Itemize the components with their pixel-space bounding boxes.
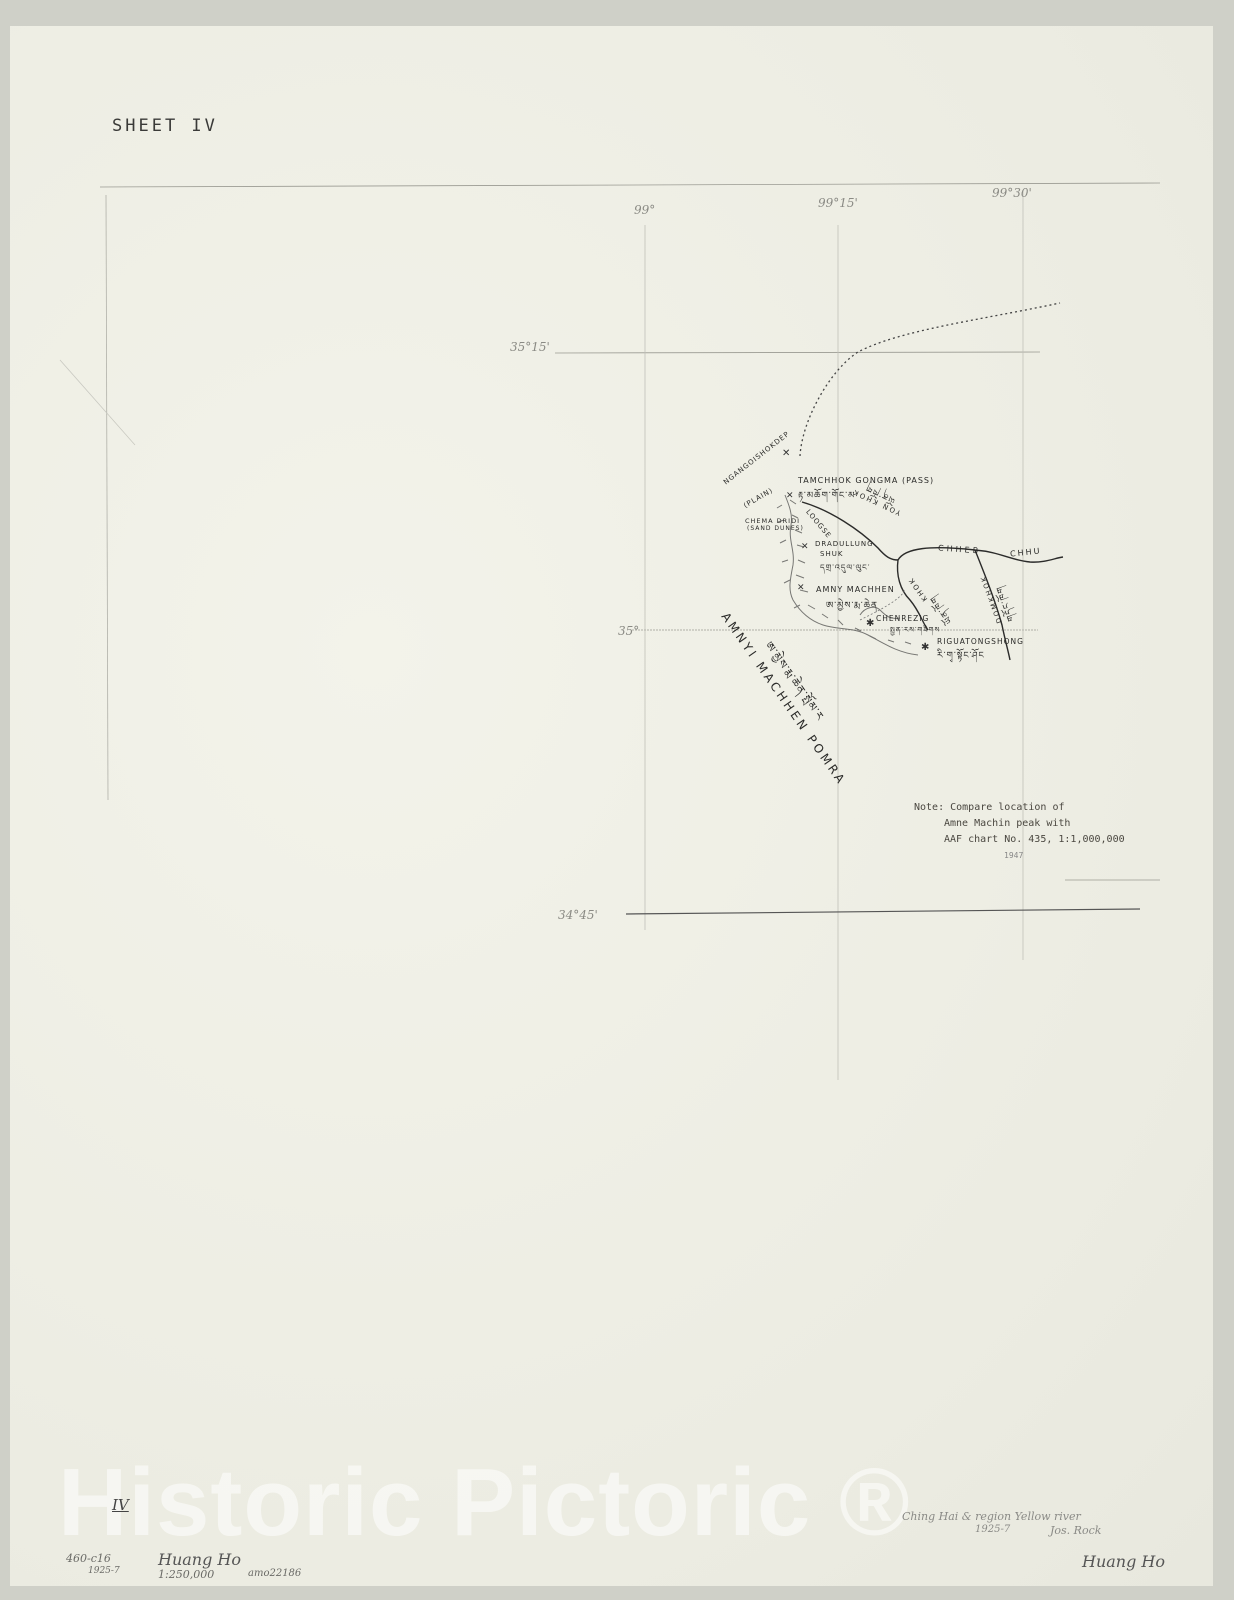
svg-text:✕: ✕ [782, 448, 790, 459]
label-chenrezig-tibetan: སྤྱན་རས་གཟིགས [890, 623, 940, 642]
lon-label-99-15: 99°15' [818, 196, 858, 210]
lon-label-99: 99° [634, 203, 655, 217]
right-note-region: Ching Hai & region Yellow river [902, 1510, 1081, 1523]
svg-text:✕: ✕ [786, 490, 794, 500]
svg-text:✱: ✱ [921, 642, 929, 653]
note-line-2: Amne Machin peak with [914, 816, 1125, 832]
lat-label-35: 35° [618, 624, 639, 638]
label-shuk: SHUK [820, 550, 843, 558]
catalog-number: 460-c16 [66, 1552, 111, 1565]
lat-label-35-15: 35°15' [510, 340, 550, 354]
right-note-date: 1925-7 [975, 1524, 1010, 1535]
label-riguatongshong: RIGUATONGSHONG [937, 637, 1024, 646]
label-tamchhok-tibetan: རྟ་མཆོག་གོང་མ [798, 486, 855, 511]
label-amny-machhen: AMNY MACHHEN [816, 585, 895, 594]
label-dradullung-tibetan: དགྲ་འདུལ་ལུང་ [820, 558, 870, 581]
label-chema-dridi: CHEMA DRIDI [745, 517, 800, 525]
note-line-4: 1947 [914, 848, 1125, 864]
note-line-1: Note: Compare location of [914, 800, 1125, 816]
label-dradullung: DRADULLUNG [815, 540, 874, 548]
label-chenrezig: CHENREZIG [876, 614, 929, 623]
label-sand-dunes: (SAND DUNES) [747, 525, 804, 532]
latitude-34-45-line [626, 909, 1140, 914]
svg-text:✕: ✕ [801, 541, 809, 551]
footer-roman-numeral: IV [112, 1496, 129, 1514]
scale-note: 1:250,000 [158, 1568, 214, 1581]
label-amny-machhen-tibetan: ཨ་མྱེས་རྨ་ཆེན [826, 596, 878, 621]
svg-text:✕: ✕ [797, 582, 805, 592]
lat-label-34-45: 34°45' [558, 908, 598, 922]
label-tamchhok-gongma: TAMCHHOK GONGMA (PASS) [798, 476, 934, 485]
map-note: Note: Compare location of Amne Machin pe… [914, 800, 1125, 864]
catalog-date: 1925-7 [88, 1566, 120, 1576]
lon-label-99-30: 99°30' [992, 186, 1032, 200]
note-line-3: AAF chart No. 435, 1:1,000,000 [914, 832, 1125, 848]
route-dotted [800, 303, 1060, 456]
right-note-author: Jos. Rock [1050, 1524, 1101, 1537]
graticule [60, 183, 1160, 1080]
sheet-title: SHEET IV [112, 116, 218, 136]
label-riguatongshong-tibetan: རི་གྭ་སྟོང་ཤོང [937, 646, 985, 671]
call-number: amo22186 [248, 1568, 301, 1579]
title-huang-ho-left: Huang Ho [158, 1550, 241, 1569]
watermark: Historic Pictoric ® [58, 1448, 911, 1558]
title-huang-ho-right: Huang Ho [1082, 1552, 1165, 1571]
